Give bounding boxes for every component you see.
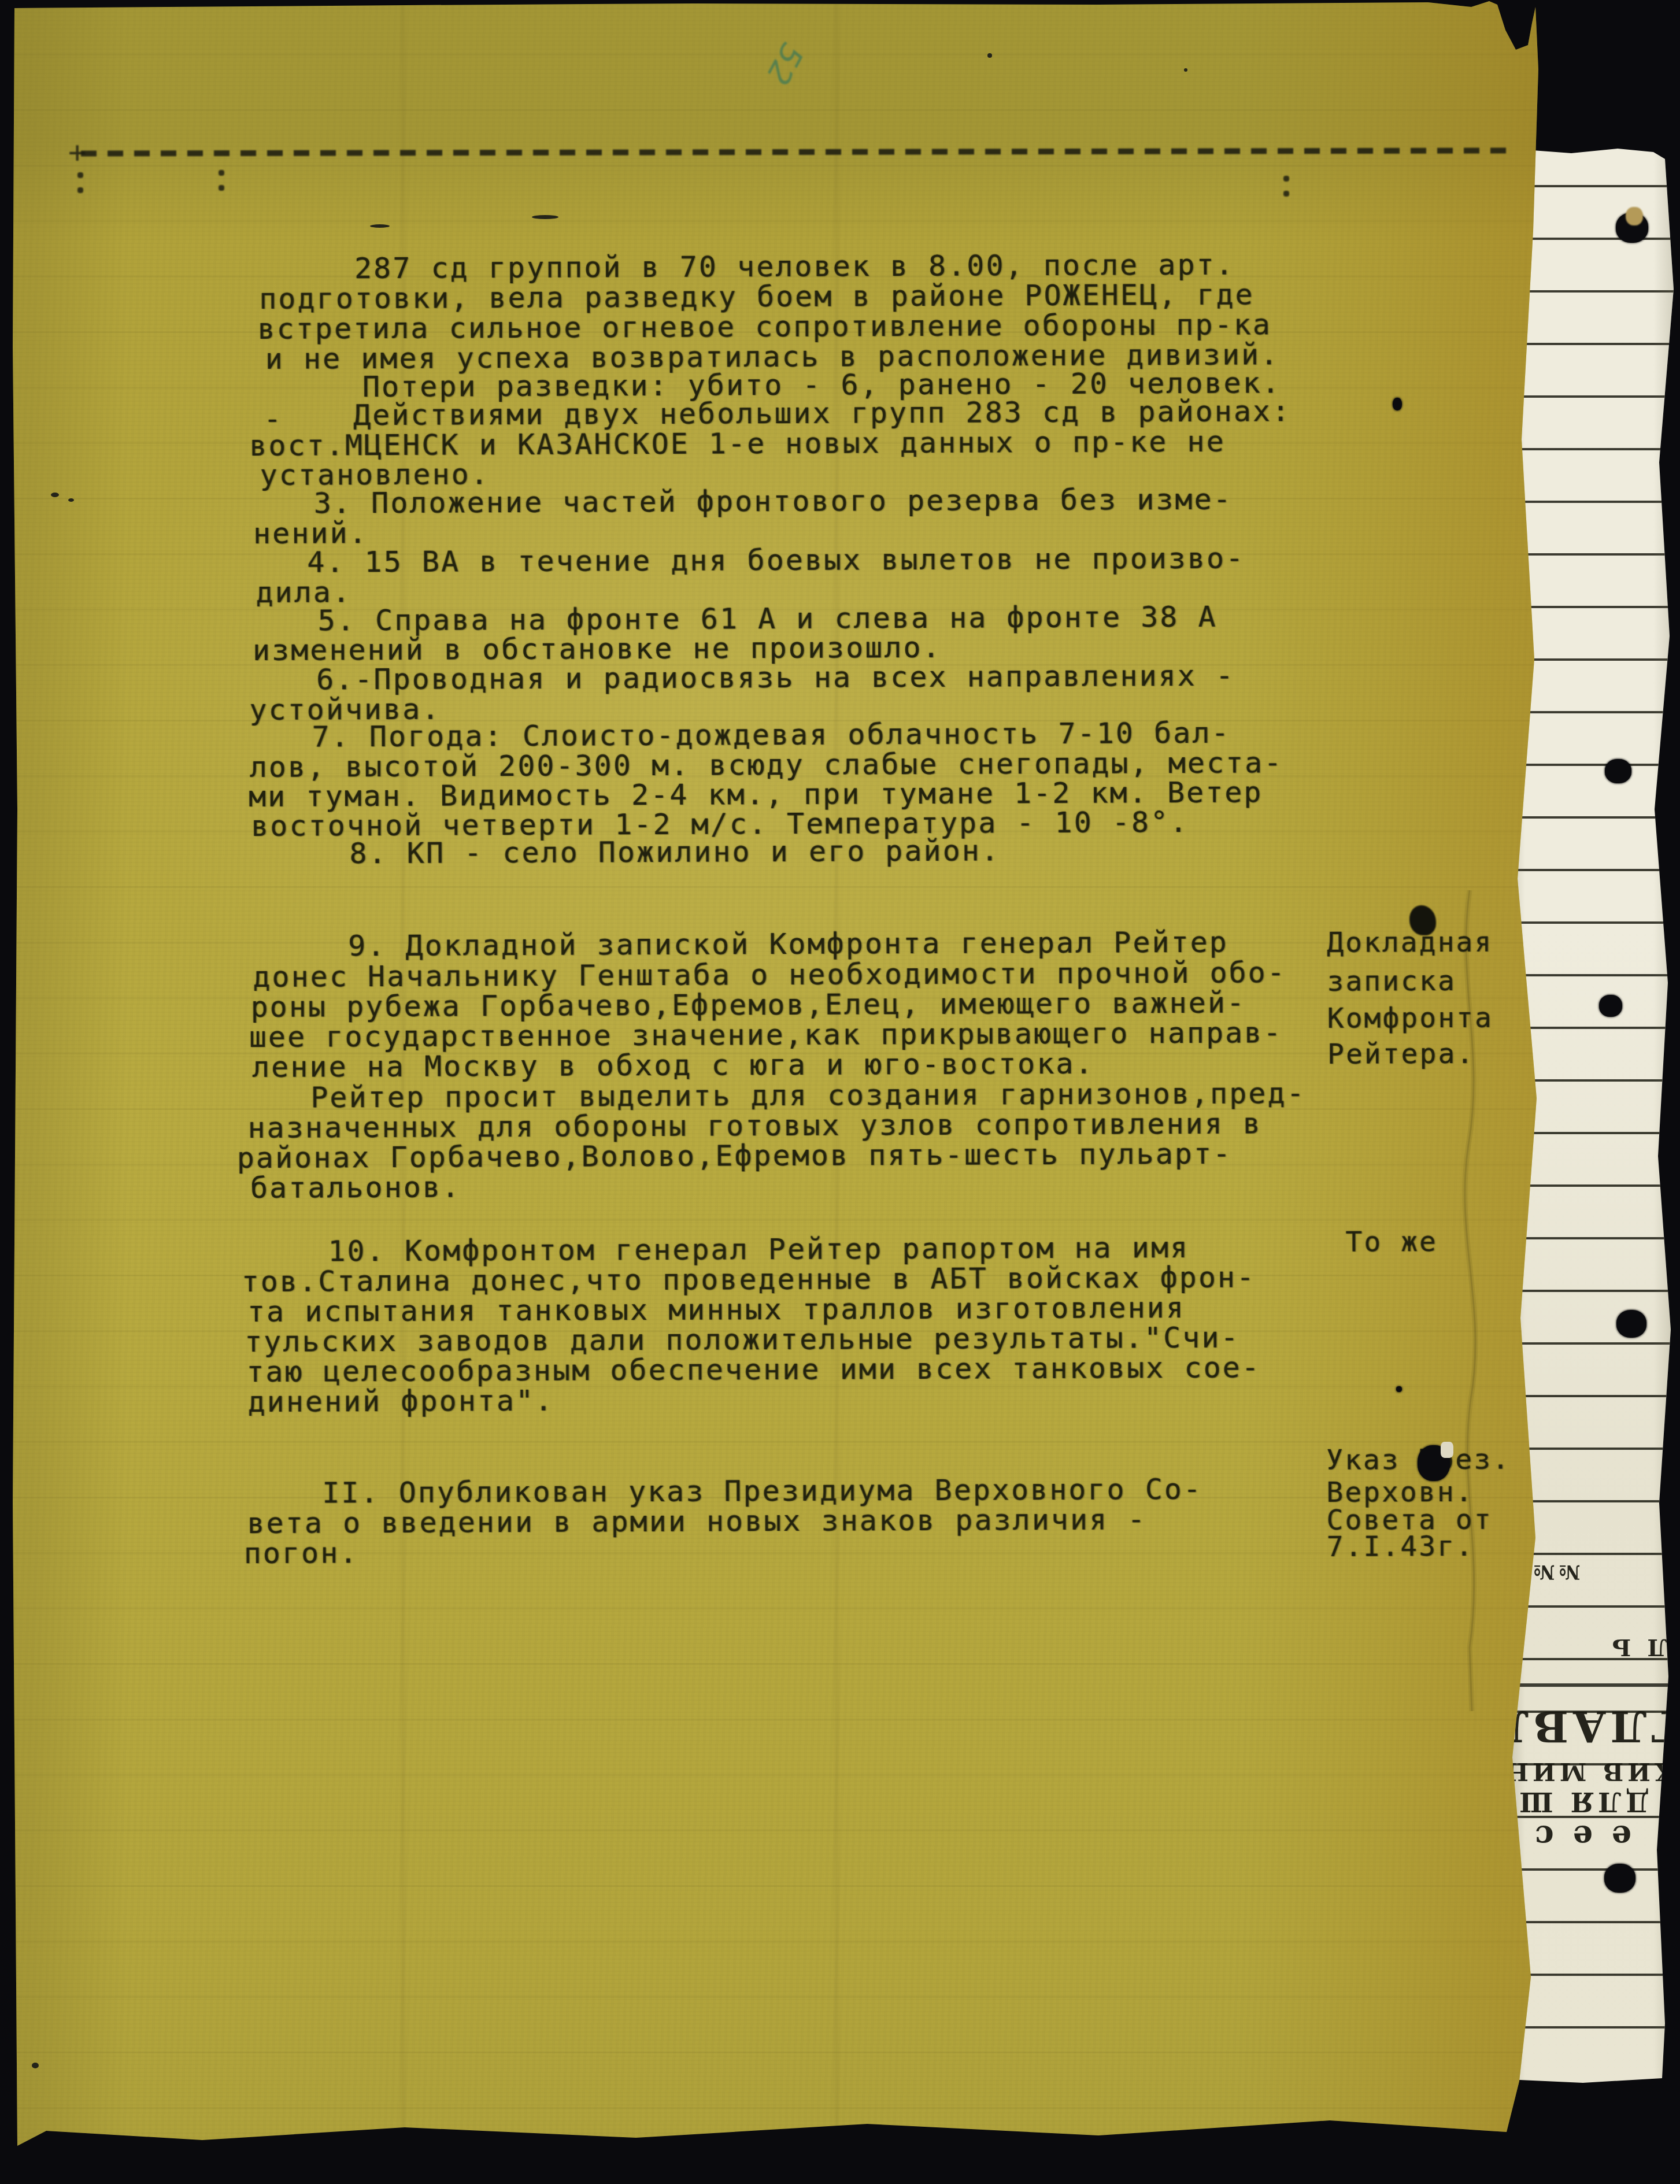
typed-line: таю целесообразным обеспечение ими всех … — [246, 1353, 1261, 1386]
typed-line: 9. Докладной запиской Комфронта генерал … — [348, 928, 1228, 961]
typed-line: районах Горбачево,Волово,Ефремов пять-ше… — [237, 1139, 1233, 1173]
ink-speck — [987, 53, 992, 58]
ink-speck — [51, 493, 59, 497]
margin-annotations: ДокладнаязапискаКомфронтаРейтера.То жеУк… — [0, 0, 1679, 1]
typed-line: батальонов. — [250, 1172, 461, 1202]
typed-line: 3. Положение частей фронтового резерва б… — [314, 485, 1233, 518]
report-body-text: 287 сд группой в 70 человек в 8.00, посл… — [0, 0, 1679, 1]
colon-mark — [1283, 176, 1289, 182]
ink-speck — [532, 215, 558, 219]
typed-line: дила. — [256, 578, 351, 607]
typewritten-text-layer: 287 сд группой в 70 человек в 8.00, посл… — [0, 0, 1680, 2184]
colon-mark — [77, 172, 83, 178]
typed-line: погон. — [244, 1538, 359, 1568]
ink-speck — [32, 2063, 39, 2068]
typed-line: вост.МЦЕНСК и КАЗАНСКОЕ 1-е новых данных… — [249, 427, 1225, 460]
margin-note: Комфронта — [1327, 1004, 1493, 1032]
ink-speck — [68, 498, 74, 502]
typed-line: вета о введении в армии новых знаков раз… — [247, 1505, 1146, 1538]
typed-line: шее государственное значение,как прикрыв… — [249, 1018, 1283, 1052]
dashed-line-start-cross: + — [68, 135, 86, 170]
colon-mark — [219, 170, 224, 176]
margin-note: Рейтера. — [1327, 1040, 1475, 1068]
typed-line: динений фронта". — [248, 1386, 554, 1416]
margin-note: Докладная — [1327, 928, 1493, 957]
ink-speck — [370, 224, 390, 228]
typed-line: 5. Справа на фронте 61 А и слева на фрон… — [318, 602, 1218, 635]
margin-note: То же — [1345, 1228, 1438, 1256]
typed-line: 8. КП - село Пожилино и его район. — [349, 836, 1000, 868]
punch-hole — [1604, 1864, 1635, 1893]
typed-line: нений. — [253, 519, 368, 548]
document-scan: №№,Л ЬОГЛАВЛХИВ МИНДЛЯ Ше е с 287 сд гру… — [0, 0, 1680, 2184]
paper-hole — [1396, 1386, 1402, 1392]
typed-line: установлено. — [260, 460, 490, 490]
torn-paper-chip — [1441, 1442, 1453, 1458]
margin-note: записка — [1327, 967, 1456, 995]
ink-speck — [1184, 68, 1187, 72]
punch-hole — [1605, 759, 1631, 783]
margin-note: Верховн. — [1326, 1478, 1474, 1506]
typed-line: 4. 15 ВА в течение дня боевых вылетов не… — [307, 544, 1245, 577]
paper-hole — [1393, 398, 1402, 410]
margin-note: 7.I.43г. — [1327, 1532, 1474, 1561]
punch-hole — [1616, 1310, 1646, 1338]
hole-debris — [1626, 207, 1643, 225]
punch-hole — [1599, 995, 1622, 1017]
typed-line: 6.-Проводная и радиосвязь на всех направ… — [316, 661, 1235, 694]
typed-line: ление на Москву в обход с юга и юго-вост… — [252, 1049, 1094, 1082]
